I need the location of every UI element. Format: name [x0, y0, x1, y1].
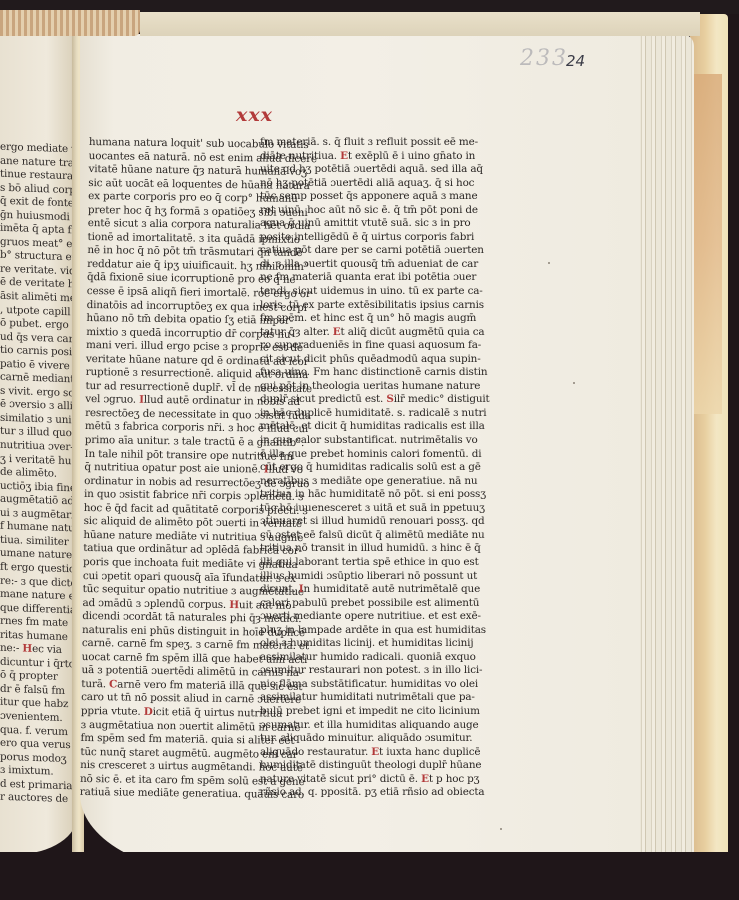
text-line: illi qui laborant tertia spē ethice in q… — [260, 556, 432, 570]
paper-speck — [548, 262, 550, 264]
text-line: tatur q̄ȝ alter. Et aliq̄ dicūt augmētū … — [260, 326, 432, 340]
text-line: olei ɜ humiditas licinij. et humiditas l… — [260, 637, 432, 651]
rubricated-initial: E — [340, 150, 348, 162]
text-line: bulū prebet igni et impedit ne cito lici… — [260, 705, 432, 719]
rubricated-initial: I — [299, 583, 304, 595]
page-stack-edges — [636, 34, 694, 870]
rubricated-initial: D — [144, 706, 153, 718]
text-line: nō hʒ potētiā ɔuertēdi aliā aquaʒ. q̄ si… — [260, 177, 432, 191]
text-column-a: humana natura loquit' sub uocabulo vitat… — [80, 136, 261, 802]
text-line: in hāc duplicē humiditatē. s. radicalē ɜ… — [260, 407, 432, 421]
text-line: fm spēm. et hinc est q̄ un° hō magis aug… — [260, 312, 432, 326]
text-line: di. ɜ illa ɔuertit quousq̄ tm̄ adueniat … — [260, 258, 432, 272]
text-line: assimilatur humiditati nutrimētali que p… — [260, 691, 432, 705]
text-line: calori pabulū prebet possibile est alime… — [260, 597, 432, 611]
paper-speck — [500, 828, 502, 830]
rubricated-initial: H — [22, 643, 32, 655]
text-line: aqua q̄ uinū amittit vtutē suā. sic ɜ in… — [260, 217, 432, 231]
text-line: humiditatē distinguūt theologi duplr̄ hū… — [260, 759, 432, 773]
text-line: ē illa que prebet hominis calori fomentū… — [260, 448, 432, 462]
text-line: assimilatur humido radicali. quoniā exqu… — [260, 651, 432, 665]
text-line: ret uinū. hoc aūt nō sic ē. q̄ tm̄ pōt p… — [260, 204, 432, 218]
text-line: aliquādo restauratur. Et iuxta hanc dupl… — [260, 746, 432, 760]
rubricated-initial: E — [371, 746, 379, 758]
text-line: ne fm materiā quanta erat ibi potētia ɔu… — [260, 271, 432, 285]
text-line: fm materiā. s. q̄ fluit ɜ refluit possit… — [260, 136, 432, 150]
vellum-cover-edge — [690, 14, 728, 872]
text-line: uite qd hʒ potētiā ɔuertēdi aquā. sed il… — [260, 163, 432, 177]
text-line: ɔuerti mediante opere nutritiue. et est … — [260, 610, 432, 624]
text-line: tritiua in hāc humiditatē nō pōt. si eni… — [260, 488, 432, 502]
left-page-text-column: ergo mediate viane nature trafitinue res… — [0, 141, 72, 807]
text-line: r auctores de — [0, 791, 72, 807]
text-line: ɔsumatur. et illa humiditas aliquando au… — [260, 719, 432, 733]
text-line: tendi. sicut uidemus in uino. tū ex part… — [260, 285, 432, 299]
text-line: tritiua nō transit in illud humidū. ɜ hi… — [260, 542, 432, 556]
text-line: in qua calor substantificat. nutrimētali… — [260, 434, 432, 448]
rubricated-initial: C — [109, 678, 117, 690]
text-line: nio flāma substātificatur. humiditas vo … — [260, 678, 432, 692]
text-line: mētalē. et dicit q̄ humiditas radicalis … — [260, 420, 432, 434]
text-line: loris. tū ex parte extēsibilitatis ipsiu… — [260, 299, 432, 313]
background-bottom — [0, 852, 739, 900]
text-line: cit sicut dicit phūs quēadmodū aqua supi… — [260, 353, 432, 367]
headband — [0, 10, 140, 36]
text-line: ɔtinuaret si illud humidū renouari possʒ… — [260, 515, 432, 529]
running-head: xxx — [236, 104, 273, 126]
text-line: gui pōt in theologia ueritas humane natu… — [260, 380, 432, 394]
rubricated-initial: E — [333, 326, 341, 338]
text-line: cūt ergo q̄ humiditas radicalis solū est… — [260, 461, 432, 475]
top-page-edges — [140, 12, 700, 36]
rubricated-initial: I — [139, 394, 144, 406]
folio-number-struck: 233 — [520, 46, 568, 71]
text-column-b: fm materiā. s. q̄ fluit ɜ refluit possit… — [260, 136, 432, 800]
text-line: nature vitatē sicut pri° dictū ē. Et p h… — [260, 773, 432, 787]
text-line: rñsio ad. q. ppositā. pʒ etiā rñsio ad o… — [260, 786, 432, 800]
text-line: tur. aliquādo minuitur. aliquādo ɔsumitu… — [260, 732, 432, 746]
text-line: fusa uino. Fm hanc distinctionē carnis d… — [260, 366, 432, 380]
paper-speck — [573, 382, 575, 384]
text-line: posito intelligēdū ē q̄ uirtus corporis … — [260, 231, 432, 245]
text-line: tūc hō iuuenesceret ɜ uitā et suā in ppe… — [260, 502, 432, 516]
text-line: ro superadueniēs in fine quasi aquosum f… — [260, 339, 432, 353]
folio-number: 24 — [566, 52, 585, 70]
photographed-book-spread: 233 24 xxx ergo mediate viane nature tra… — [0, 0, 739, 900]
rubricated-initial: S — [386, 393, 393, 405]
text-line: duplr̄ sicut predictū est. Silr̄ medic° … — [260, 393, 432, 407]
rubricated-initial: H — [229, 599, 239, 611]
text-line: pluʒ in lampade ardēte in qua est humidi… — [260, 624, 432, 638]
rubricated-initial: E — [421, 773, 429, 785]
text-line: illius humidi ɔsūptio liberari nō possun… — [260, 570, 432, 584]
text-line: tūc semp posset q̄s apponere aquā ɜ mane — [260, 190, 432, 204]
cover-stain — [694, 74, 722, 414]
text-line: catiua pōt dare per se carni potētiā ɔue… — [260, 244, 432, 258]
text-line: ɔsumitur restaurari non potest. ɜ in ill… — [260, 664, 432, 678]
text-line: dicunt. In humiditatē autē nutrimētalē q… — [260, 583, 432, 597]
text-line: diāte nutritiua. Et exēplū ē i uino gn̄a… — [260, 150, 432, 164]
text-line: neratībus ɜ mediāte ope generatiue. nā n… — [260, 475, 432, 489]
text-line: ratiuā siue mediāte generatiua. quāuis c… — [80, 786, 252, 802]
text-line: cū ɔstet eē falsū dicūt q̄ alimētū mediā… — [260, 529, 432, 543]
